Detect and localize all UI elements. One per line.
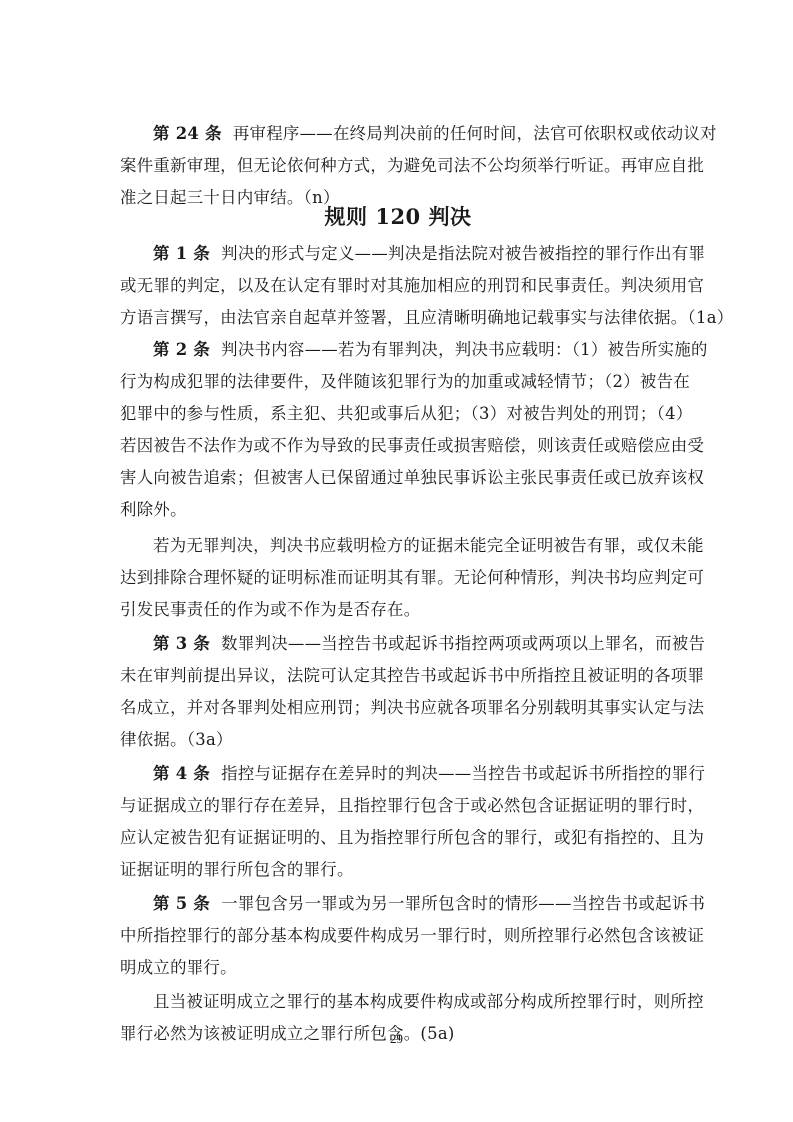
article-label: 第 5 条 [153, 894, 210, 913]
article-1-line-3: 方语言撰写，由法官亲自起草并签署，且应清晰明确地记载事实与法律依据。（1a） [120, 302, 733, 334]
section-heading: 规则 120 判决 [120, 200, 676, 234]
article-2-line-2: 行为构成犯罪的法律要件，及伴随该犯罪行为的加重或减轻情节；（2）被告在 [120, 366, 690, 398]
article-label: 第 2 条 [153, 340, 210, 359]
article-label: 第 1 条 [153, 244, 210, 263]
acquittal-line-1: 若为无罪判决，判决书应载明检方的证据未能完全证明被告有罪，或仅未能 [120, 530, 704, 562]
article-2-line-6: 利除外。 [120, 494, 187, 526]
article-label: 第 3 条 [153, 634, 210, 653]
page-number: 29 [0, 1031, 793, 1047]
article-24-line-1: 第 24 条 再审程序——在终局判决前的任何时间，法官可依职权或依动议对 [120, 118, 717, 150]
article-3-line-2: 未在审判前提出异议，法院可认定其控告书或起诉书中所指控且被证明的各项罪 [120, 660, 704, 692]
article-3-line-4: 律依据。（3a） [120, 724, 233, 756]
article-24-line-2: 案件重新审理，但无论依何种方式，为避免司法不公均须举行听证。再审应自批 [120, 150, 704, 182]
article-4-line-2: 与证据成立的罪行存在差异，且指控罪行包含于或必然包含证据证明的罪行时， [120, 790, 704, 822]
article-4-line-3: 应认定被告犯有证据证明的、且为指控罪行所包含的罪行，或犯有指控的、且为 [120, 822, 704, 854]
article-3-line-1: 第 3 条 数罪判决——当控告书或起诉书指控两项或两项以上罪名，而被告 [120, 628, 705, 660]
article-3-line-3: 名成立，并对各罪判处相应刑罚；判决书应就各项罪名分别载明其事实认定与法 [120, 692, 704, 724]
acquittal-line-3: 引发民事责任的作为或不作为是否存在。 [120, 594, 420, 626]
article-5-line-1: 第 5 条 一罪包含另一罪或为另一罪所包含时的情形——当控告书或起诉书 [120, 888, 705, 920]
article-2-line-3: 犯罪中的参与性质，系主犯、共犯或事后从犯；（3）对被告判处的刑罚；（4） [120, 398, 693, 430]
article-2-line-1: 第 2 条 判决书内容——若为有罪判决，判决书应载明：（1）被告所实施的 [120, 334, 708, 366]
article-5-line-2: 中所指控罪行的部分基本构成要件构成另一罪行时，则所控罪行必然包含该被证 [120, 920, 704, 952]
final-line-1: 且当被证明成立之罪行的基本构成要件构成或部分构成所控罪行时，则所控 [120, 986, 704, 1018]
article-1-line-2: 或无罪的判定，以及在认定有罪时对其施加相应的刑罚和民事责任。判决须用官 [120, 270, 704, 302]
article-5-line-3: 明成立的罪行。 [120, 952, 237, 984]
article-2-line-4: 若因被告不法作为或不作为导致的民事责任或损害赔偿，则该责任或赔偿应由受 [120, 430, 704, 462]
article-4-line-1: 第 4 条 指控与证据存在差异时的判决——当控告书或起诉书所指控的罪行 [120, 758, 705, 790]
article-1-line-1: 第 1 条 判决的形式与定义——判决是指法院对被告被指控的罪行作出有罪 [120, 238, 705, 270]
article-4-line-4: 证据证明的罪行所包含的罪行。 [120, 854, 354, 886]
article-label: 第 4 条 [153, 764, 210, 783]
acquittal-line-2: 达到排除合理怀疑的证明标准而证明其有罪。无论何种情形，判决书均应判定可 [120, 562, 704, 594]
article-label: 第 24 条 [153, 124, 222, 143]
article-2-line-5: 害人向被告追索；但被害人已保留通过单独民事诉讼主张民事责任或已放弃该权 [120, 462, 704, 494]
